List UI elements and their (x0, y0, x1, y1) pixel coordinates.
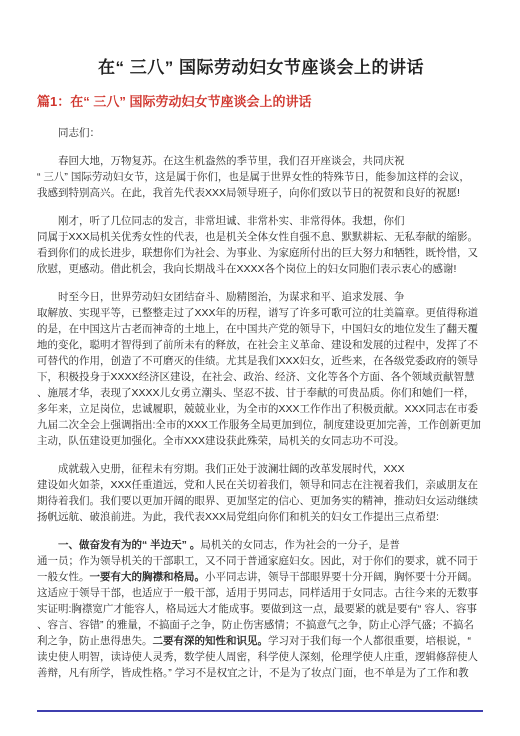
text-run: 成就载入史册，征程未有穷期。我们正处于波澜壮阔的改革发展时代，XXX 建设如火如… (37, 463, 478, 523)
section-heading: 篇1：在“ 三八” 国际劳动妇女节座谈会上的讲话 (37, 93, 485, 110)
bold-run: 一要有大的胸襟和格局。 (90, 571, 206, 583)
paragraph: 同志们： (37, 125, 485, 141)
page-bottom-divider (37, 710, 483, 712)
text-run: 刚才，听了几位同志的发言，非常坦诚、非常朴实、非常得体。我想，你们 同属于XXX… (37, 215, 478, 275)
text-run: 春回大地，万物复苏。在这生机盎然的季节里，我们召开座谈会，共同庆祝 “ 三八” … (37, 155, 470, 199)
paragraph: 成就载入史册，征程未有穷期。我们正处于波澜壮阔的改革发展时代，XXX 建设如火如… (37, 461, 485, 525)
document-content: 在“ 三八” 国际劳动妇女节座谈会上的讲话 篇1：在“ 三八” 国际劳动妇女节座… (0, 0, 520, 681)
bold-run: 二要有深的知性和识见。 (153, 635, 269, 647)
paragraphs: 同志们： 春回大地，万物复苏。在这生机盎然的季节里，我们召开座谈会，共同庆祝 “… (37, 125, 485, 681)
bold-run: 一、做奋发有为的“ 半边天” 。 (37, 539, 200, 551)
paragraph: 刚才，听了几位同志的发言，非常坦诚、非常朴实、非常得体。我想，你们 同属于XXX… (37, 213, 485, 277)
document-page: 在“ 三八” 国际劳动妇女节座谈会上的讲话 篇1：在“ 三八” 国际劳动妇女节座… (0, 0, 520, 736)
text-run: 时至今日，世界劳动妇女团结奋斗、励精图治，为谋求和平、追求发展、争 取解放、实现… (37, 291, 481, 447)
paragraph: 一、做奋发有为的“ 半边天” 。局机关的女同志，作为社会的一分子，是普 通一员；… (37, 537, 485, 681)
paragraph: 春回大地，万物复苏。在这生机盎然的季节里，我们召开座谈会，共同庆祝 “ 三八” … (37, 153, 485, 201)
page-title: 在“ 三八” 国际劳动妇女节座谈会上的讲话 (37, 56, 485, 80)
paragraph: 时至今日，世界劳动妇女团结奋斗、励精图治，为谋求和平、追求发展、争 取解放、实现… (37, 289, 485, 449)
text-run: 同志们： (37, 127, 100, 139)
